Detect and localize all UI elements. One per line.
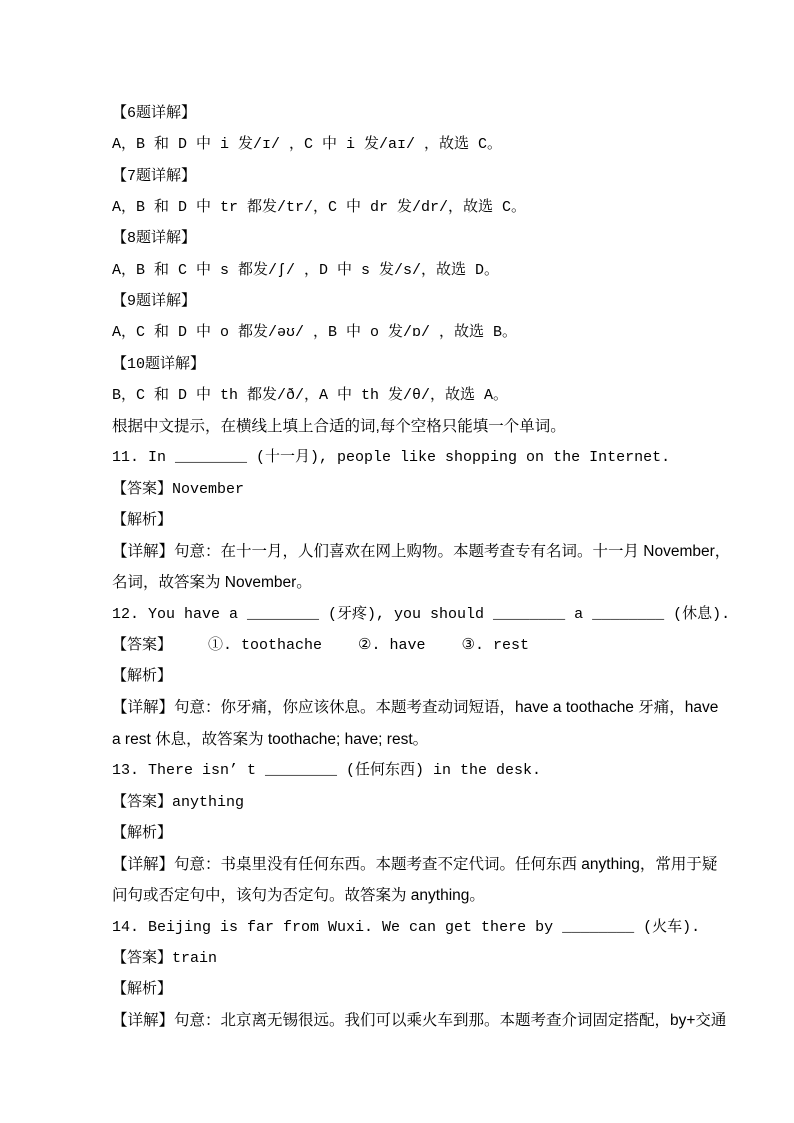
explanation-q7-body: A，B 和 D 中 tr 都发/tr/，C 中 dr 发/dr/，故选 C。 xyxy=(112,190,712,221)
question-14-detail-line-1: 【详解】句意：北京离无锡很远。我们可以乘火车到那。本题考查介词固定搭配，by+交… xyxy=(112,1004,712,1035)
question-11-detail-line-1: 【详解】句意：在十一月，人们喜欢在网上购物。本题考查专有名词。十一月 Novem… xyxy=(112,534,712,565)
explanation-q10-body: B，C 和 D 中 th 都发/ð/，A 中 th 发/θ/，故选 A。 xyxy=(112,378,712,409)
question-14-stem: 14. Beijing is far from Wuxi. We can get… xyxy=(112,910,712,941)
explanation-q6-body: A，B 和 D 中 i 发/ɪ/ ，C 中 i 发/aɪ/ ，故选 C。 xyxy=(112,127,712,158)
question-12-detail-line-1: 【详解】句意：你牙痛，你应该休息。本题考查动词短语，have a toothac… xyxy=(112,691,712,722)
explanation-q7-header: 【7题详解】 xyxy=(112,159,712,190)
question-11-detail-line-2: 名词，故答案为 November。 xyxy=(112,565,712,596)
question-12-detail-line-2: a rest 休息，故答案为 toothache; have; rest。 xyxy=(112,722,712,753)
document-content: 【6题详解】 A，B 和 D 中 i 发/ɪ/ ，C 中 i 发/aɪ/ ，故选… xyxy=(112,96,712,1035)
question-13-detail-line-2: 问句或否定句中，该句为否定句。故答案为 anything。 xyxy=(112,878,712,909)
question-12-answer: 【答案】 ①. toothache ②. have ③. rest xyxy=(112,628,712,659)
explanation-q9-body: A，C 和 D 中 o 都发/əʊ/ ，B 中 o 发/ɒ/ ，故选 B。 xyxy=(112,315,712,346)
question-12-stem: 12. You have a ________ (牙疼), you should… xyxy=(112,597,712,628)
fill-in-section-instruction: 根据中文提示，在横线上填上合适的词,每个空格只能填一个单词。 xyxy=(112,409,712,440)
explanation-q8-header: 【8题详解】 xyxy=(112,221,712,252)
document-page: 【6题详解】 A，B 和 D 中 i 发/ɪ/ ，C 中 i 发/aɪ/ ，故选… xyxy=(0,0,794,1123)
question-13-analysis-label: 【解析】 xyxy=(112,816,712,847)
question-14-answer: 【答案】train xyxy=(112,941,712,972)
explanation-q10-header: 【10题详解】 xyxy=(112,346,712,377)
explanation-q8-body: A，B 和 C 中 s 都发/ʃ/ ，D 中 s 发/s/，故选 D。 xyxy=(112,252,712,283)
question-11-analysis-label: 【解析】 xyxy=(112,503,712,534)
question-14-analysis-label: 【解析】 xyxy=(112,972,712,1003)
question-11-stem: 11. In ________ (十一月), people like shopp… xyxy=(112,440,712,471)
question-13-detail-line-1: 【详解】句意：书桌里没有任何东西。本题考查不定代词。任何东西 anything，… xyxy=(112,847,712,878)
question-13-stem: 13. There isn’ t ________ (任何东西) in the … xyxy=(112,753,712,784)
question-11-answer: 【答案】November xyxy=(112,472,712,503)
explanation-q6-header: 【6题详解】 xyxy=(112,96,712,127)
explanation-q9-header: 【9题详解】 xyxy=(112,284,712,315)
question-13-answer: 【答案】anything xyxy=(112,785,712,816)
question-12-analysis-label: 【解析】 xyxy=(112,659,712,690)
